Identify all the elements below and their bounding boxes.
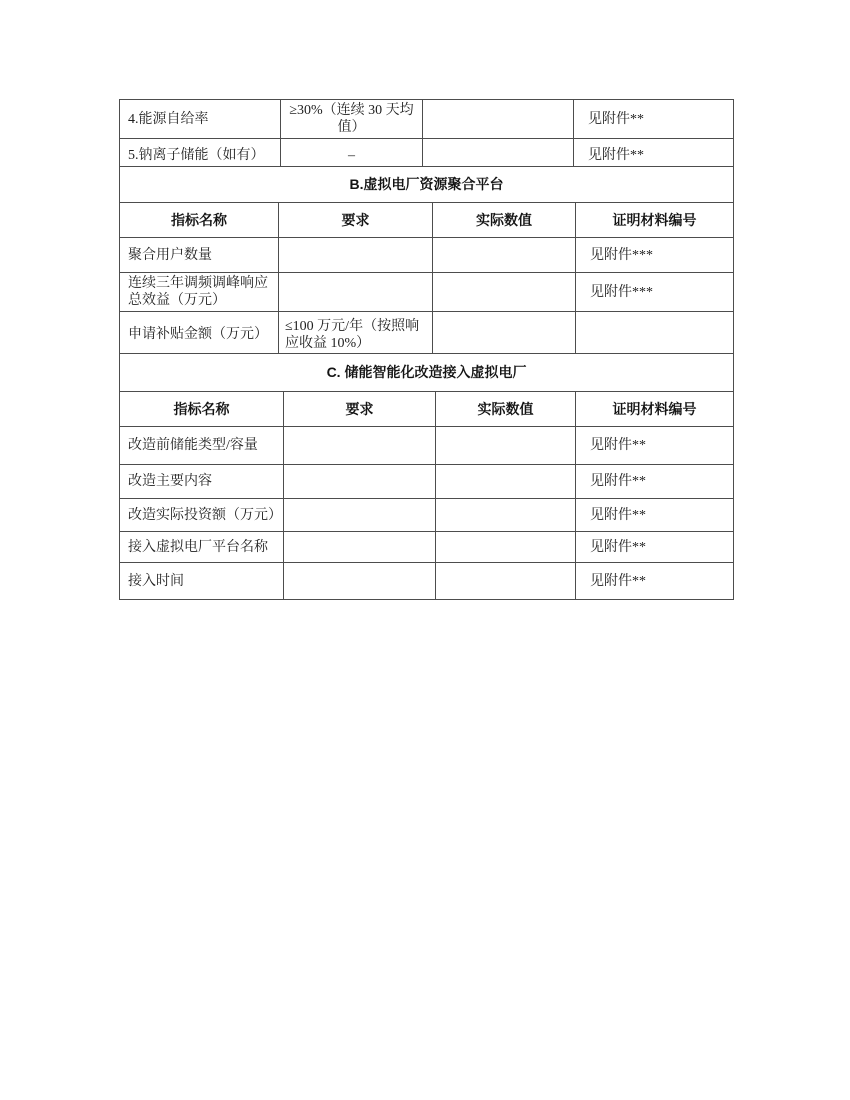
requirement-cell	[284, 563, 436, 600]
column-header-requirement: 要求	[279, 203, 433, 238]
indicator-name-cell: 接入时间	[120, 563, 284, 600]
actual-value-cell	[433, 273, 576, 312]
column-header-evidence: 证明材料编号	[576, 203, 734, 238]
requirement-cell	[284, 532, 436, 563]
table-row: 接入时间 见附件**	[120, 563, 734, 600]
column-header-actual-value: 实际数值	[433, 203, 576, 238]
actual-value-cell	[436, 532, 576, 563]
evidence-cell: 见附件**	[574, 100, 734, 139]
evidence-cell: 见附件**	[576, 499, 734, 532]
column-header-actual-value: 实际数值	[436, 392, 576, 427]
column-header-row: 指标名称 要求 实际数值 证明材料编号	[120, 203, 734, 238]
evidence-cell: 见附件***	[576, 273, 734, 312]
table-row: 改造主要内容 见附件**	[120, 465, 734, 499]
column-header-requirement: 要求	[284, 392, 436, 427]
table-row: 4.能源自给率 ≥30%（连续 30 天均值） 见附件**	[120, 100, 734, 139]
indicator-name-cell: 申请补贴金额（万元）	[120, 312, 279, 358]
section-a-table: 4.能源自给率 ≥30%（连续 30 天均值） 见附件** 5.钠离子储能（如有…	[119, 99, 734, 173]
actual-value-cell	[436, 499, 576, 532]
evidence-cell: 见附件**	[576, 532, 734, 563]
table-row: 改造实际投资额（万元） 见附件**	[120, 499, 734, 532]
actual-value-cell	[436, 465, 576, 499]
evidence-cell: 见附件**	[576, 427, 734, 465]
table-row: 改造前储能类型/容量 见附件**	[120, 427, 734, 465]
section-c-title: C. 储能智能化改造接入虚拟电厂	[120, 354, 734, 392]
table-row: 申请补贴金额（万元） ≤100 万元/年（按照响应收益 10%）	[120, 312, 734, 358]
table-row: 接入虚拟电厂平台名称 见附件**	[120, 532, 734, 563]
indicator-name-cell: 4.能源自给率	[120, 100, 281, 139]
evidence-cell	[576, 312, 734, 358]
requirement-cell: ≥30%（连续 30 天均值）	[281, 100, 423, 139]
requirement-cell	[284, 465, 436, 499]
indicator-name-cell: 改造前储能类型/容量	[120, 427, 284, 465]
indicator-name-cell: 聚合用户数量	[120, 238, 279, 273]
requirement-cell	[279, 238, 433, 273]
actual-value-cell	[433, 312, 576, 358]
column-header-evidence: 证明材料编号	[576, 392, 734, 427]
actual-value-cell	[436, 563, 576, 600]
section-header-row: B.虚拟电厂资源聚合平台	[120, 167, 734, 203]
requirement-cell: ≤100 万元/年（按照响应收益 10%）	[279, 312, 433, 358]
section-c-table: C. 储能智能化改造接入虚拟电厂 指标名称 要求 实际数值 证明材料编号 改造前…	[119, 353, 734, 600]
section-header-row: C. 储能智能化改造接入虚拟电厂	[120, 354, 734, 392]
table-row: 连续三年调频调峰响应总效益（万元） 见附件***	[120, 273, 734, 312]
indicator-name-cell: 改造主要内容	[120, 465, 284, 499]
actual-value-cell	[433, 238, 576, 273]
indicator-name-cell: 连续三年调频调峰响应总效益（万元）	[120, 273, 279, 312]
column-header-row: 指标名称 要求 实际数值 证明材料编号	[120, 392, 734, 427]
indicator-name-cell: 改造实际投资额（万元）	[120, 499, 284, 532]
requirement-cell	[279, 273, 433, 312]
document-page: 4.能源自给率 ≥30%（连续 30 天均值） 见附件** 5.钠离子储能（如有…	[0, 0, 850, 1100]
evidence-cell: 见附件***	[576, 238, 734, 273]
actual-value-cell	[436, 427, 576, 465]
section-b-table: B.虚拟电厂资源聚合平台 指标名称 要求 实际数值 证明材料编号 聚合用户数量 …	[119, 166, 734, 358]
section-b-title: B.虚拟电厂资源聚合平台	[120, 167, 734, 203]
actual-value-cell	[423, 100, 574, 139]
column-header-indicator-name: 指标名称	[120, 392, 284, 427]
table-row: 聚合用户数量 见附件***	[120, 238, 734, 273]
requirement-cell	[284, 427, 436, 465]
column-header-indicator-name: 指标名称	[120, 203, 279, 238]
requirement-cell	[284, 499, 436, 532]
indicator-name-cell: 接入虚拟电厂平台名称	[120, 532, 284, 563]
evidence-cell: 见附件**	[576, 465, 734, 499]
evidence-cell: 见附件**	[576, 563, 734, 600]
